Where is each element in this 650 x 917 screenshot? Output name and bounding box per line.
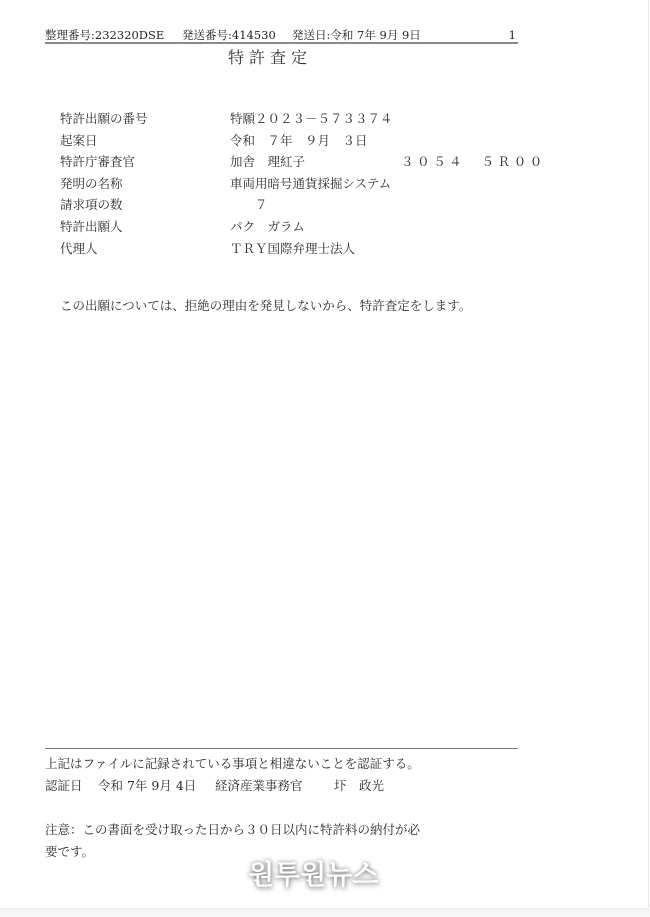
- certification-date: 令和 7年 9月 4日: [98, 778, 196, 794]
- page-edge-shadow: [0, 909, 650, 917]
- certification-statement: 上記はファイルに記録されている事項と相違ないことを認証する。: [45, 756, 420, 772]
- document-page: 整理番号:232320DSE 発送番号:414530 発送日:令和 7年 9月 …: [0, 0, 649, 909]
- info-value: 特願２０２３－５７３３７４: [230, 111, 393, 127]
- news-watermark: 원투원뉴스: [248, 853, 378, 892]
- info-value: 加舎 理紅子: [230, 154, 305, 170]
- document-title: 特許査定: [228, 45, 312, 68]
- dispatch-date: 発送日:令和 7年 9月 9日: [292, 28, 421, 42]
- info-label: 特許出願の番号: [60, 111, 148, 127]
- info-label: 起案日: [60, 133, 98, 149]
- official-name: 圷 政光: [334, 778, 384, 794]
- info-value: ＴＲＹ国際弁理士法人: [230, 241, 355, 257]
- info-label: 発明の名称: [60, 176, 123, 192]
- document-header: 整理番号:232320DSE 発送番号:414530 発送日:令和 7年 9月 …: [45, 28, 518, 44]
- dispatch-number: 発送番号:414530: [182, 28, 276, 42]
- info-label: 代理人: [60, 241, 98, 257]
- certification-label: 認証日: [45, 778, 83, 794]
- info-value: ７: [230, 197, 268, 213]
- info-label: 特許出願人: [60, 219, 123, 235]
- decision-statement: この出願については、拒絶の理由を発見しないから、特許査定をします。: [60, 298, 471, 314]
- info-value: 令和 ７年 ９月 ３日: [230, 133, 368, 149]
- info-value: 車両用暗号通貨採掘システム: [230, 176, 391, 192]
- notice-line-1: 注意：この書面を受け取った日から３０日以内に特許料の納付が必: [45, 819, 485, 841]
- page-number: 1: [509, 28, 516, 42]
- info-value: パク ガラム: [230, 219, 305, 235]
- info-label: 特許庁審査官: [60, 154, 135, 170]
- footer-divider: [45, 748, 518, 749]
- reference-number: 整理番号:232320DSE: [45, 28, 164, 42]
- official-title: 経済産業事務官: [215, 778, 303, 794]
- examiner-code: ３０５４ ５Ｒ００: [401, 154, 546, 170]
- info-label: 請求項の数: [60, 197, 123, 213]
